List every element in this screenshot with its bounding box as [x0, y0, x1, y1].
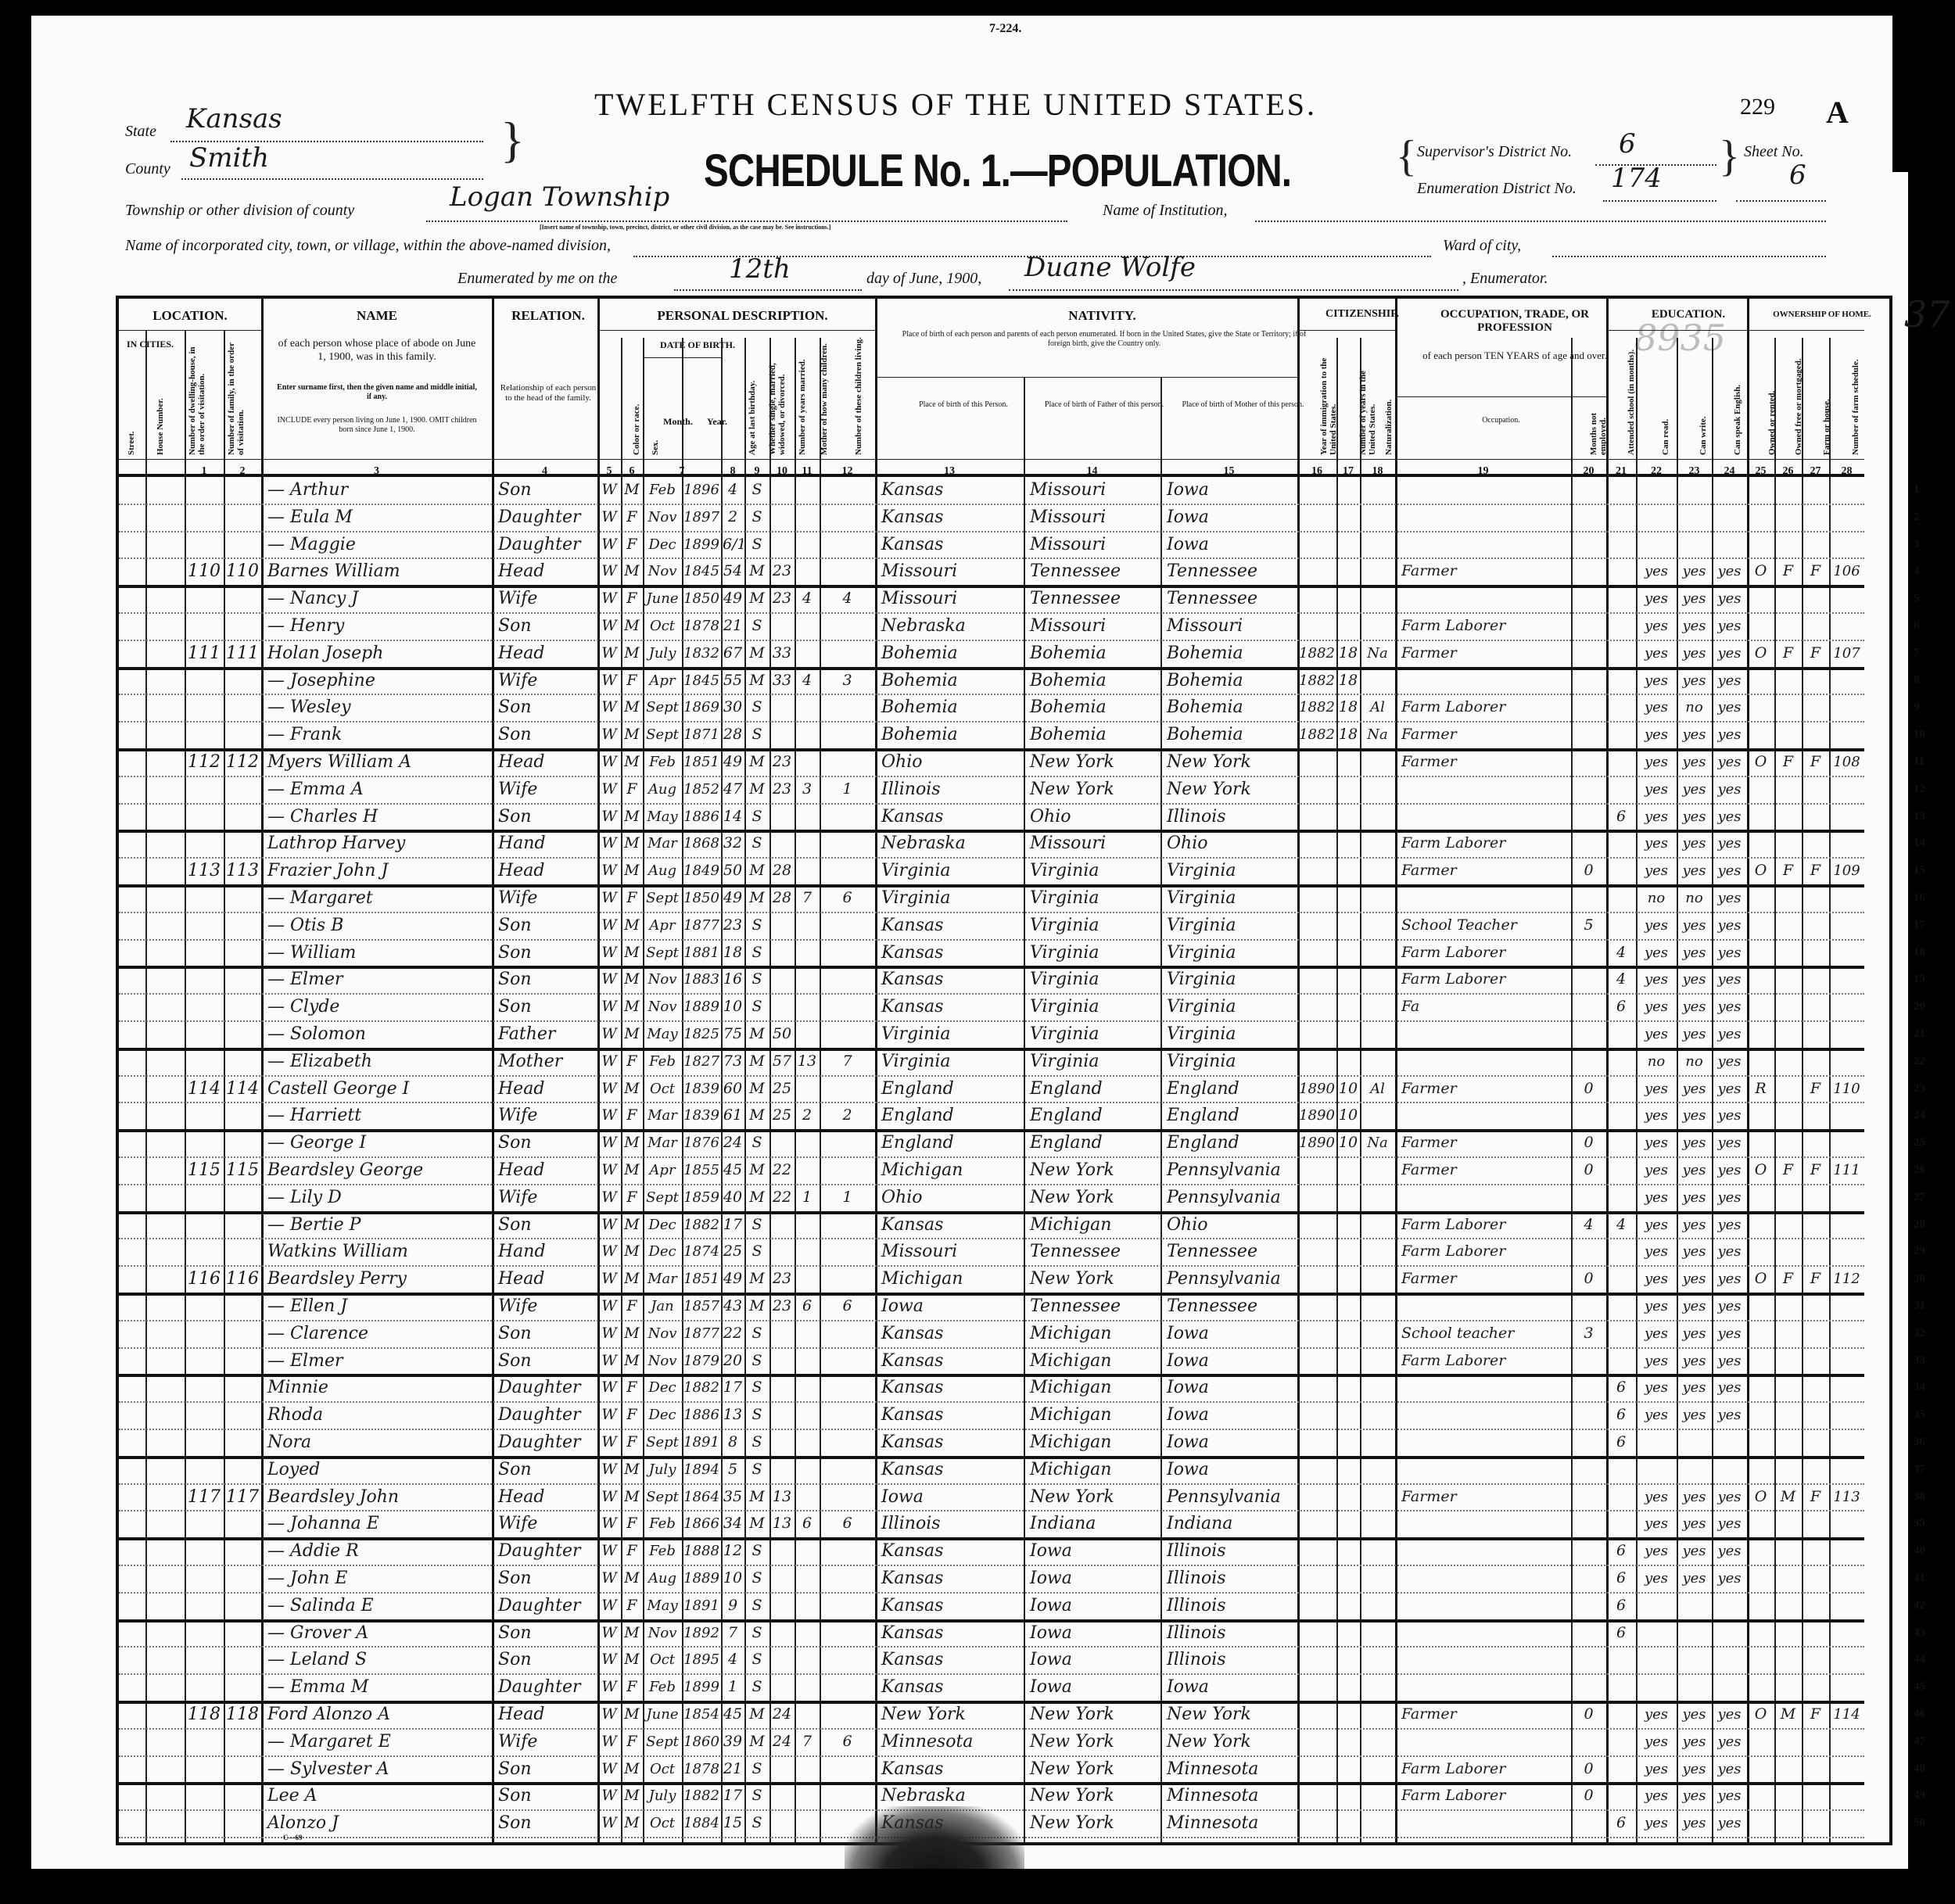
cell-can-read: yes: [1638, 1076, 1675, 1102]
row-number: 1: [1914, 483, 1920, 497]
cell-birthplace-mother: Illinois: [1162, 1538, 1300, 1564]
row-number: 15: [1914, 864, 1925, 877]
cell-can-speak-english: yes: [1713, 830, 1745, 856]
cell-name: Lee A: [263, 1783, 495, 1809]
cell-marital-status: S: [746, 994, 768, 1020]
cell-marital-status: S: [746, 1429, 768, 1455]
cell-relation: Son: [493, 694, 601, 720]
cell-dwelling-number: [186, 1348, 222, 1374]
row-number: 6: [1914, 619, 1920, 633]
cell-can-read: no: [1638, 1049, 1675, 1074]
cell-occupation: [1397, 1375, 1574, 1400]
cell-years-in-us: [1338, 1049, 1358, 1074]
cell-birth-month: Feb: [644, 1511, 680, 1536]
cell-birth-year: 1897: [683, 504, 719, 530]
cell-farm-schedule-number: [1831, 994, 1863, 1020]
cell-farm-schedule-number: [1831, 1511, 1863, 1536]
cell-farm-house: [1803, 1647, 1828, 1673]
cell-color: W: [599, 966, 619, 992]
cell-birthplace-person: Michigan: [877, 1266, 1027, 1292]
cell-birthplace-father: Iowa: [1025, 1620, 1164, 1646]
cell-years-married: 33: [771, 668, 793, 694]
cell-mother-of-children: [796, 1593, 818, 1619]
cell-children-living: 6: [821, 1511, 873, 1536]
cell-can-speak-english: [1713, 1647, 1745, 1673]
cell-years-in-us: [1338, 749, 1358, 775]
cell-children-living: [821, 1538, 873, 1564]
cell-can-read: no: [1638, 885, 1675, 911]
cell-color: W: [599, 1593, 619, 1619]
cell-marital-status: S: [746, 1647, 768, 1673]
row-number: 14: [1914, 837, 1925, 850]
cell-can-write: [1678, 1457, 1710, 1483]
cell-birthplace-person: Kansas: [877, 1321, 1027, 1346]
cell-farm-schedule-number: [1831, 940, 1863, 966]
cell-free-mortgaged: M: [1776, 1484, 1800, 1510]
cell-birth-year: 1899: [683, 1674, 719, 1700]
cell-school-months: [1608, 722, 1634, 748]
cell-sex: F: [622, 1729, 641, 1755]
cell-birthplace-person: Kansas: [877, 1593, 1027, 1619]
cell-occupation: [1397, 1729, 1574, 1755]
cell-birthplace-person: Kansas: [877, 1429, 1027, 1455]
cell-can-write: yes: [1678, 1185, 1710, 1210]
cell-months-unemployed: [1573, 1049, 1605, 1074]
cell-months-unemployed: [1573, 558, 1605, 584]
table-row: — Charles HSonWMMay188614SKansasOhioIlli…: [119, 804, 1864, 831]
cell-name: — Emma A: [263, 776, 495, 802]
cell-farm-schedule-number: [1831, 830, 1863, 856]
cell-sex: F: [622, 1511, 641, 1536]
cell-can-write: yes: [1678, 913, 1710, 938]
cell-can-write: no: [1678, 694, 1710, 720]
cell-age: 49: [723, 749, 743, 775]
cell-owned-rented: [1749, 532, 1773, 558]
cell-years-married: 23: [771, 1266, 793, 1292]
cell-birthplace-person: England: [877, 1076, 1027, 1102]
cell-can-speak-english: yes: [1713, 1756, 1745, 1782]
cell-months-unemployed: [1573, 477, 1605, 503]
cell-mother-of-children: [796, 1457, 818, 1483]
cell-birth-month: Mar: [644, 1266, 680, 1292]
cell-age: 8: [723, 1429, 743, 1455]
cell-sex: F: [622, 668, 641, 694]
cell-birthplace-father: Virginia: [1025, 994, 1164, 1020]
cell-relation: Son: [493, 613, 601, 639]
cell-immigration-year: [1299, 1266, 1335, 1292]
cell-free-mortgaged: [1776, 1239, 1800, 1264]
cell-occupation: Farmer: [1397, 1484, 1574, 1510]
cell-age: 67: [723, 640, 743, 666]
cell-owned-rented: O: [1749, 858, 1773, 884]
cell-free-mortgaged: [1776, 668, 1800, 694]
cell-naturalization: Na: [1361, 1130, 1394, 1156]
cell-naturalization: [1361, 1348, 1394, 1374]
row-number: 13: [1914, 810, 1925, 823]
cell-years-in-us: [1338, 913, 1358, 938]
cell-years-married: [771, 1810, 793, 1836]
row-number: 4: [1914, 565, 1920, 578]
cell-family-number: [225, 1511, 260, 1536]
cell-can-speak-english: yes: [1713, 1049, 1745, 1074]
cell-farm-house: [1803, 722, 1828, 748]
cell-birthplace-person: Virginia: [877, 885, 1027, 911]
cell-years-married: [771, 1239, 793, 1264]
cell-can-write: yes: [1678, 830, 1710, 856]
cell-birthplace-father: England: [1025, 1130, 1164, 1156]
cell-months-unemployed: [1573, 1402, 1605, 1428]
township-value: Logan Township: [450, 181, 669, 213]
cell-birthplace-mother: Minnesota: [1162, 1783, 1300, 1809]
column-number: 13: [875, 465, 1024, 478]
cell-months-unemployed: [1573, 668, 1605, 694]
cell-years-in-us: [1338, 1321, 1358, 1346]
cell-farm-house: [1803, 830, 1828, 856]
cell-birthplace-father: New York: [1025, 1157, 1164, 1183]
cell-can-speak-english: yes: [1713, 613, 1745, 639]
cell-farm-schedule-number: [1831, 776, 1863, 802]
cell-relation: Head: [493, 1266, 601, 1292]
cell-years-in-us: 18: [1338, 722, 1358, 748]
cell-school-months: [1608, 1729, 1634, 1755]
cell-birthplace-mother: Missouri: [1162, 613, 1300, 639]
cell-owned-rented: [1749, 1293, 1773, 1319]
column-number: 26: [1774, 465, 1802, 478]
cell-school-months: [1608, 1239, 1634, 1264]
cell-years-in-us: [1338, 966, 1358, 992]
row-number: 34: [1914, 1381, 1925, 1394]
cell-birth-month: Aug: [644, 776, 680, 802]
cell-years-in-us: [1338, 1729, 1358, 1755]
cell-can-speak-english: yes: [1713, 586, 1745, 611]
cell-school-months: [1608, 613, 1634, 639]
cell-mother-of-children: [796, 722, 818, 748]
cell-age: 18: [723, 940, 743, 966]
cell-farm-house: [1803, 1457, 1828, 1483]
cell-birth-year: 1891: [683, 1593, 719, 1619]
cell-can-write: yes: [1678, 1511, 1710, 1536]
header-birth-mother: Place of birth of Mother of this person.: [1175, 400, 1311, 410]
cell-name: — Elmer: [263, 966, 495, 992]
cell-occupation: Farmer: [1397, 749, 1574, 775]
cell-can-write: [1678, 1647, 1710, 1673]
cell-dwelling-number: 111: [186, 640, 222, 666]
cell-can-read: yes: [1638, 776, 1675, 802]
cell-birth-year: 1860: [683, 1729, 719, 1755]
cell-birth-month: Oct: [644, 613, 680, 639]
cell-school-months: [1608, 1021, 1634, 1047]
cell-sex: M: [622, 640, 641, 666]
cell-birth-year: 1876: [683, 1130, 719, 1156]
cell-naturalization: [1361, 1239, 1394, 1264]
cell-birthplace-father: Michigan: [1025, 1457, 1164, 1483]
cell-birth-year: 1852: [683, 776, 719, 802]
cell-years-married: 25: [771, 1076, 793, 1102]
cell-marital-status: S: [746, 1538, 768, 1564]
cell-can-read: yes: [1638, 913, 1675, 938]
cell-free-mortgaged: [1776, 1375, 1800, 1400]
cell-dwelling-number: 118: [186, 1701, 222, 1727]
cell-farm-house: [1803, 1511, 1828, 1536]
cell-sex: M: [622, 694, 641, 720]
cell-birthplace-mother: Minnesota: [1162, 1756, 1300, 1782]
table-row: 115115Beardsley GeorgeHeadWMApr185545M22…: [119, 1157, 1864, 1185]
cell-school-months: [1608, 776, 1634, 802]
cell-color: W: [599, 1810, 619, 1836]
cell-years-married: 23: [771, 586, 793, 611]
cell-farm-schedule-number: [1831, 1049, 1863, 1074]
cell-school-months: [1608, 749, 1634, 775]
cell-can-write: [1678, 1429, 1710, 1455]
cell-farm-schedule-number: [1831, 1729, 1863, 1755]
cell-birthplace-mother: New York: [1162, 1701, 1300, 1727]
cell-children-living: [821, 1647, 873, 1673]
cell-immigration-year: [1299, 1021, 1335, 1047]
cell-school-months: 6: [1608, 994, 1634, 1020]
cell-free-mortgaged: [1776, 1429, 1800, 1455]
cell-name: — Otis B: [263, 913, 495, 938]
cell-sex: F: [622, 504, 641, 530]
row-number: 21: [1914, 1027, 1925, 1041]
cell-immigration-year: [1299, 1049, 1335, 1074]
cell-age: 1: [723, 1674, 743, 1700]
name-description: of each person whose place of abode on J…: [275, 338, 479, 364]
cell-farm-house: [1803, 1593, 1828, 1619]
cell-dwelling-number: [186, 1756, 222, 1782]
cell-years-in-us: [1338, 858, 1358, 884]
cell-relation: Head: [493, 1157, 601, 1183]
cell-farm-house: [1803, 1021, 1828, 1047]
table-row: — Grover ASonWMNov18927SKansasIowaIllino…: [119, 1620, 1864, 1648]
cell-marital-status: M: [746, 1701, 768, 1727]
cell-mother-of-children: [796, 1266, 818, 1292]
cell-mother-of-children: 3: [796, 776, 818, 802]
cell-color: W: [599, 1130, 619, 1156]
table-row: 116116Beardsley PerryHeadWMMar185149M23M…: [119, 1266, 1864, 1293]
cell-years-in-us: [1338, 1348, 1358, 1374]
cell-name: — Bertie P: [263, 1212, 495, 1238]
table-row: — John ESonWMAug188910SKansasIowaIllinoi…: [119, 1565, 1864, 1593]
cell-occupation: [1397, 586, 1574, 611]
cell-marital-status: S: [746, 1348, 768, 1374]
cell-color: W: [599, 994, 619, 1020]
cell-family-number: 116: [225, 1266, 260, 1292]
cell-farm-schedule-number: [1831, 1538, 1863, 1564]
cell-name: — Frank: [263, 722, 495, 748]
cell-color: W: [599, 1375, 619, 1400]
cell-months-unemployed: 0: [1573, 1157, 1605, 1183]
cell-school-months: [1608, 668, 1634, 694]
cell-immigration-year: [1299, 1538, 1335, 1564]
cell-free-mortgaged: M: [1776, 1701, 1800, 1727]
cell-relation: Son: [493, 1348, 601, 1374]
vheader-street: Street.: [127, 393, 136, 455]
cell-name: — Elmer: [263, 1348, 495, 1374]
column-number: 2: [224, 465, 261, 478]
cell-dwelling-number: [186, 1593, 222, 1619]
cell-years-married: 23: [771, 749, 793, 775]
cell-years-in-us: [1338, 504, 1358, 530]
cell-immigration-year: [1299, 1620, 1335, 1646]
table-row: — JosephineWifeWFApr184555M3343BohemiaBo…: [119, 668, 1864, 695]
cell-dwelling-number: [186, 1021, 222, 1047]
cell-sex: M: [622, 558, 641, 584]
cell-birth-month: Apr: [644, 1157, 680, 1183]
cell-owned-rented: [1749, 885, 1773, 911]
cell-birthplace-mother: Bohemia: [1162, 694, 1300, 720]
cell-age: 50: [723, 858, 743, 884]
cell-months-unemployed: [1573, 749, 1605, 775]
cell-birth-month: Nov: [644, 1321, 680, 1346]
cell-can-speak-english: yes: [1713, 804, 1745, 830]
cell-immigration-year: [1299, 1593, 1335, 1619]
cell-years-married: [771, 722, 793, 748]
table-row: — Sylvester ASonWMOct187821SKansasNew Yo…: [119, 1756, 1864, 1784]
table-row: — WilliamSonWMSept188118SKansasVirginiaV…: [119, 940, 1864, 967]
cell-immigration-year: [1299, 558, 1335, 584]
cell-can-speak-english: [1713, 1620, 1745, 1646]
cell-family-number: [225, 532, 260, 558]
column-number: 5: [597, 465, 621, 478]
cell-name: — George I: [263, 1130, 495, 1156]
cell-relation: Head: [493, 1701, 601, 1727]
cell-marital-status: M: [746, 1076, 768, 1102]
cell-relation: Wife: [493, 1293, 601, 1319]
cell-mother-of-children: [796, 913, 818, 938]
cell-immigration-year: [1299, 532, 1335, 558]
cell-age: 20: [723, 1348, 743, 1374]
cell-free-mortgaged: [1776, 1049, 1800, 1074]
cell-naturalization: [1361, 1185, 1394, 1210]
cell-marital-status: S: [746, 804, 768, 830]
cell-birth-month: Sept: [644, 1729, 680, 1755]
cell-relation: Son: [493, 940, 601, 966]
cell-marital-status: M: [746, 1103, 768, 1128]
cell-birth-month: Oct: [644, 1810, 680, 1836]
cell-birthplace-person: Virginia: [877, 1049, 1027, 1074]
cell-name: — Johanna E: [263, 1511, 495, 1536]
sheet-field: 6: [1736, 178, 1826, 202]
cell-free-mortgaged: [1776, 885, 1800, 911]
cell-birth-year: 1892: [683, 1620, 719, 1646]
cell-naturalization: Al: [1361, 694, 1394, 720]
cell-immigration-year: [1299, 940, 1335, 966]
cell-birthplace-father: New York: [1025, 776, 1164, 802]
cell-name: — William: [263, 940, 495, 966]
cell-name: Rhoda: [263, 1402, 495, 1428]
cell-months-unemployed: 0: [1573, 1701, 1605, 1727]
cell-years-in-us: [1338, 1647, 1358, 1673]
cell-farm-schedule-number: [1831, 1457, 1863, 1483]
cell-can-read: [1638, 504, 1675, 530]
cell-months-unemployed: [1573, 1511, 1605, 1536]
cell-marital-status: M: [746, 668, 768, 694]
table-row: LoyedSonWMJuly18945SKansasMichiganIowa: [119, 1457, 1864, 1484]
cell-age: 49: [723, 1266, 743, 1292]
cell-can-write: yes: [1678, 1157, 1710, 1183]
cell-can-speak-english: yes: [1713, 1157, 1745, 1183]
cell-name: — Wesley: [263, 694, 495, 720]
cell-immigration-year: [1299, 1810, 1335, 1836]
cell-naturalization: [1361, 994, 1394, 1020]
cell-occupation: [1397, 1457, 1574, 1483]
header-in-cities: IN CITIES.: [119, 339, 181, 350]
census-sheet: 7-224. TWELFTH CENSUS OF THE UNITED STAT…: [31, 16, 1908, 1884]
cell-owned-rented: O: [1749, 1484, 1773, 1510]
cell-birth-month: Sept: [644, 885, 680, 911]
row-number: 46: [1914, 1708, 1925, 1721]
table-row: — Ellen JWifeWFJan185743M2366IowaTenness…: [119, 1293, 1864, 1321]
supervisor-district: 6: [1619, 128, 1636, 160]
cell-owned-rented: [1749, 1457, 1773, 1483]
cell-age: 39: [723, 1729, 743, 1755]
cell-sex: M: [622, 1457, 641, 1483]
cell-immigration-year: [1299, 1457, 1335, 1483]
cell-relation: Son: [493, 1756, 601, 1782]
cell-mother-of-children: [796, 1810, 818, 1836]
cell-can-read: yes: [1638, 1212, 1675, 1238]
cell-can-write: yes: [1678, 1783, 1710, 1809]
name-include: INCLUDE every person living on June 1, 1…: [275, 416, 479, 435]
cell-birthplace-mother: Bohemia: [1162, 722, 1300, 748]
cell-color: W: [599, 776, 619, 802]
cell-birth-month: Nov: [644, 994, 680, 1020]
cell-naturalization: [1361, 749, 1394, 775]
cell-birthplace-person: Kansas: [877, 1212, 1027, 1238]
cell-can-write: yes: [1678, 1103, 1710, 1128]
cell-age: 23: [723, 913, 743, 938]
column-number: 10: [769, 465, 795, 478]
cell-can-speak-english: yes: [1713, 1239, 1745, 1264]
cell-free-mortgaged: F: [1776, 1157, 1800, 1183]
cell-color: W: [599, 586, 619, 611]
cell-naturalization: [1361, 830, 1394, 856]
cell-can-speak-english: yes: [1713, 668, 1745, 694]
cell-dwelling-number: 115: [186, 1157, 222, 1183]
cell-farm-house: F: [1803, 558, 1828, 584]
cell-birthplace-mother: Illinois: [1162, 1647, 1300, 1673]
cell-birthplace-person: Missouri: [877, 1239, 1027, 1264]
cell-name: — Ellen J: [263, 1293, 495, 1319]
cell-sex: M: [622, 830, 641, 856]
cell-can-write: yes: [1678, 1076, 1710, 1102]
cell-birth-month: Jan: [644, 1293, 680, 1319]
cell-mother-of-children: [796, 1756, 818, 1782]
cell-years-married: [771, 1565, 793, 1591]
cell-birthplace-father: Ohio: [1025, 804, 1164, 830]
cell-marital-status: S: [746, 613, 768, 639]
row-number: 50: [1914, 1816, 1925, 1830]
cell-naturalization: [1361, 1756, 1394, 1782]
cell-children-living: [821, 1266, 873, 1292]
cell-mother-of-children: [796, 504, 818, 530]
cell-can-read: yes: [1638, 1538, 1675, 1564]
cell-birth-month: May: [644, 1593, 680, 1619]
cell-occupation: [1397, 1620, 1574, 1646]
cell-owned-rented: [1749, 1565, 1773, 1591]
cell-birthplace-father: Missouri: [1025, 532, 1164, 558]
cell-mother-of-children: [796, 994, 818, 1020]
cell-owned-rented: [1749, 1348, 1773, 1374]
cell-color: W: [599, 613, 619, 639]
cell-relation: Wife: [493, 1729, 601, 1755]
cell-school-months: [1608, 1293, 1634, 1319]
cell-can-read: yes: [1638, 1810, 1675, 1836]
cell-can-read: yes: [1638, 613, 1675, 639]
vheader-dwelling: Number of dwelling-house, in the order o…: [188, 334, 214, 455]
cell-mother-of-children: [796, 694, 818, 720]
cell-mother-of-children: [796, 1565, 818, 1591]
